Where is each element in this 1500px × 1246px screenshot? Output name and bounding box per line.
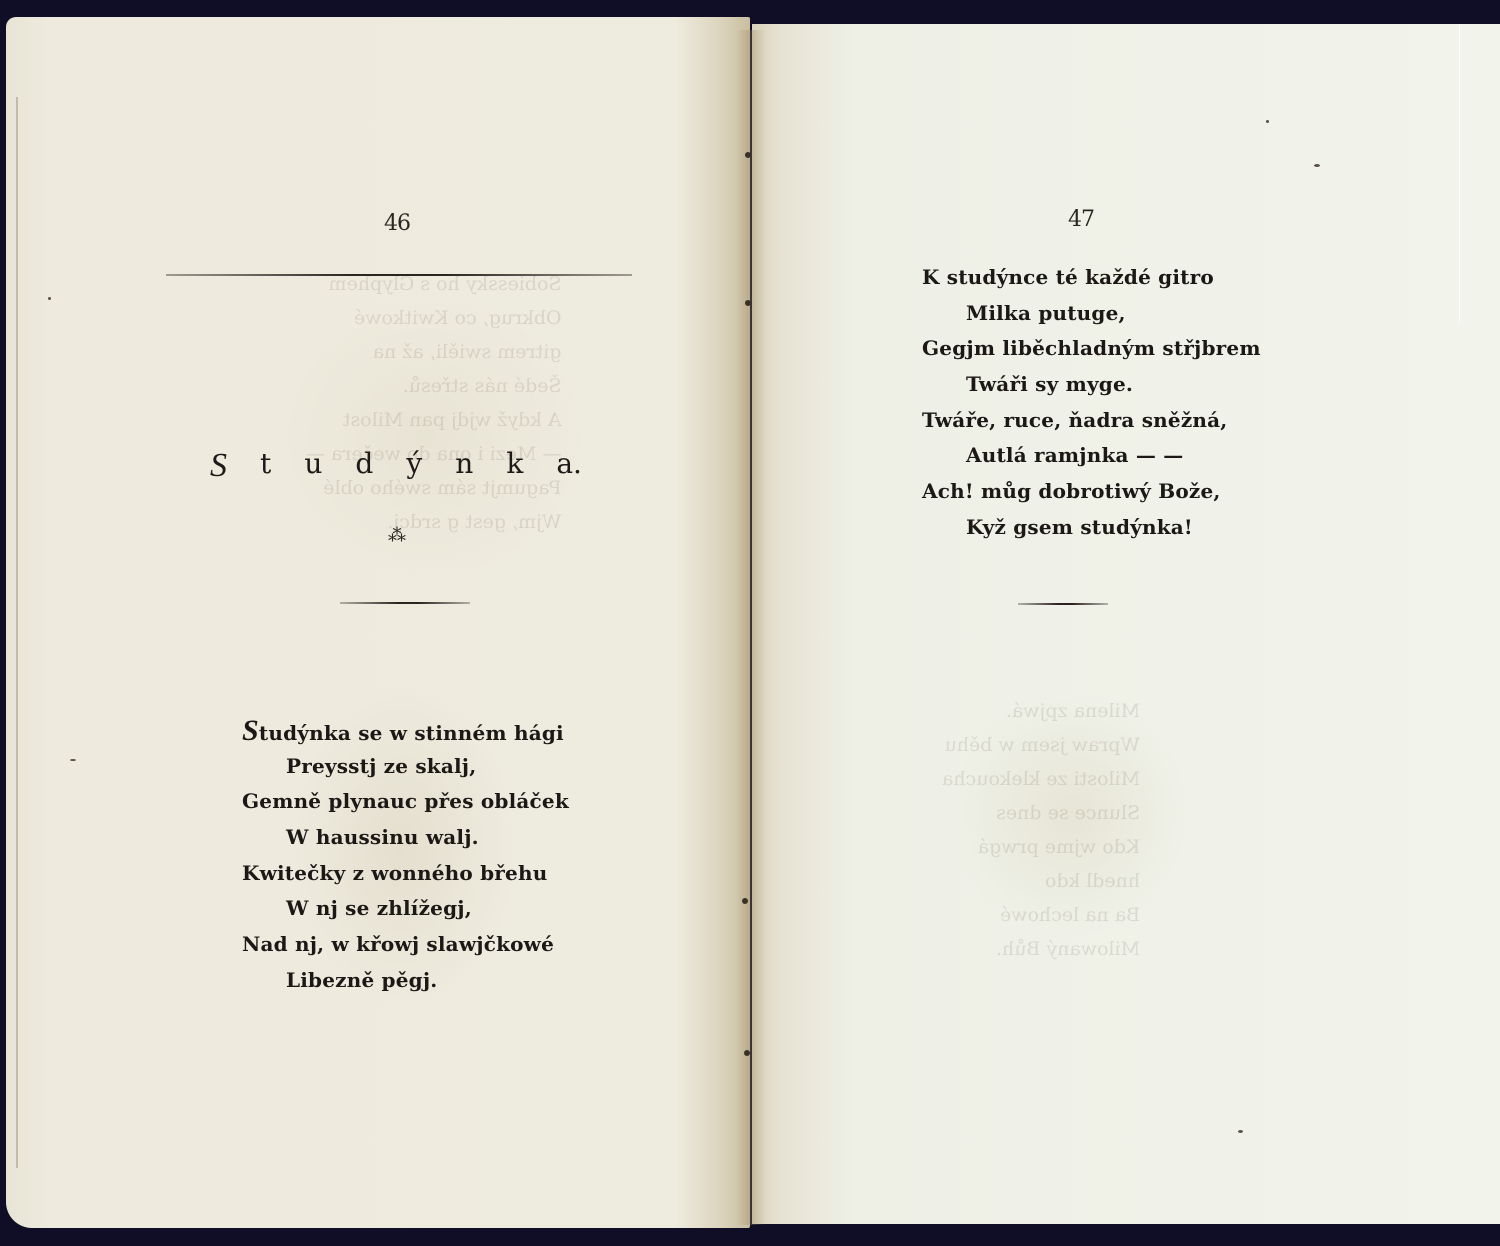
title-letter: a.	[556, 447, 582, 485]
paper-speck	[1266, 120, 1269, 123]
book-gutter	[736, 30, 766, 1225]
title-letter: u	[304, 447, 322, 485]
title-letter: k	[506, 447, 523, 485]
binding-stitch	[742, 898, 748, 904]
right-page: Milena zpjwá. Wpraw jsem w běhu Milosti …	[752, 24, 1500, 1224]
verse-line: Twáře, ruce, ňadra sněžná,	[922, 403, 1261, 439]
verse-line: Autlá ramjnka — —	[922, 438, 1261, 474]
verse-line: Ach! můg dobrotiwý Bože,	[922, 474, 1261, 510]
book-spread-photo: Sobiessky ho s Glyphem Obkrug, co Kwitko…	[0, 0, 1500, 1246]
asterism-ornament: ⁂	[388, 525, 406, 546]
verse-line: Libezně pěgj.	[242, 963, 569, 999]
binding-stitch	[745, 300, 751, 306]
title-letter: d	[355, 447, 373, 485]
paper-speck	[48, 297, 51, 300]
page-number: 47	[1068, 207, 1094, 232]
title-letter: ý	[406, 447, 422, 485]
verse-line: Kwitečky z wonného břehu	[242, 856, 569, 892]
verse-line: K studýnce té každé gitro	[922, 260, 1261, 296]
verse-line: Gemně plynauc přes obláček	[242, 784, 569, 820]
title-letter: S	[210, 447, 227, 485]
verse-line: Gegjm liběchladným střjbrem	[922, 331, 1261, 367]
verse-line: Kyž gsem studýnka!	[922, 510, 1261, 546]
verse-line: Milka putuge,	[922, 296, 1261, 332]
poem-stanza: K studýnce té každé gitro Milka putuge, …	[922, 260, 1261, 546]
verse-line: Twáři sy myge.	[922, 367, 1261, 403]
title-letter: t	[260, 447, 271, 485]
binding-stitch	[744, 1050, 750, 1056]
verse-text: tudýnka se w stinném hági	[259, 721, 564, 745]
end-rule	[1018, 603, 1108, 605]
verse-line: W nj se zhlížegj,	[242, 891, 569, 927]
drop-cap: S	[242, 714, 259, 747]
paper-speck	[1238, 1130, 1243, 1133]
page-number: 46	[384, 211, 410, 236]
verse-line: W haussinu walj.	[242, 820, 569, 856]
paper-speck	[1314, 164, 1320, 167]
paper-speck	[70, 759, 76, 761]
verse-line: Prey​sstj ze skalj,	[242, 749, 569, 785]
verse-line: Studýnka se w stinném hági	[242, 713, 569, 749]
left-page: Sobiessky ho s Glyphem Obkrug, co Kwitko…	[6, 17, 750, 1228]
verse-line: Nad nj, w křowj slawjčkowé	[242, 927, 569, 963]
show-through-text: Sobiessky ho s Glyphem Obkrug, co Kwitko…	[306, 267, 562, 539]
show-through-text: Milena zpjwá. Wpraw jsem w běhu Milosti …	[942, 694, 1140, 966]
title-letter: n	[455, 447, 473, 485]
section-rule	[340, 602, 470, 604]
poem-title: S t u d ý n k a.	[210, 447, 582, 485]
header-rule	[166, 274, 632, 276]
binding-stitch	[745, 152, 751, 158]
poem-stanza: Studýnka se w stinném hági Prey​sstj ze …	[242, 713, 569, 999]
